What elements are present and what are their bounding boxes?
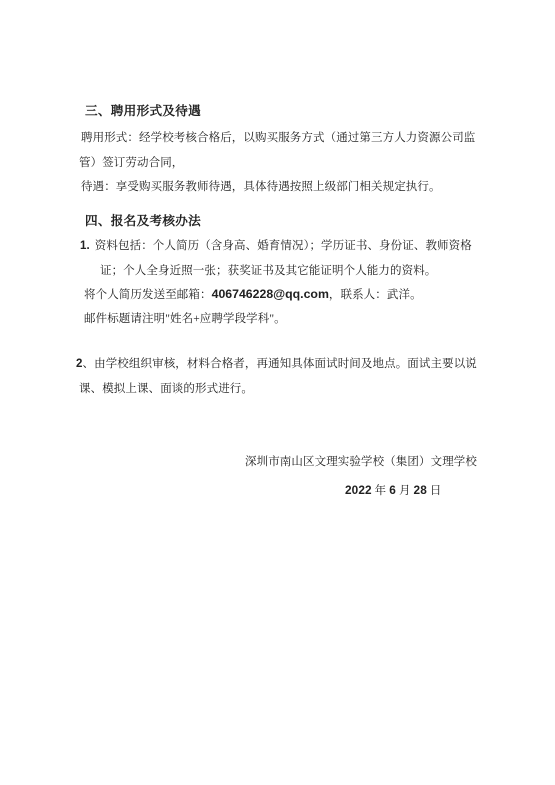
subject-line: 邮件标题请注明"姓名+应聘学段学科"。 <box>84 312 286 327</box>
email-line-prefix: 将个人简历发送至邮箱： <box>84 289 212 301</box>
date-month: 6 <box>389 483 396 497</box>
date-day: 28 <box>414 483 427 497</box>
date-year-label: 年 <box>375 485 387 497</box>
email-address: 406746228@qq.com <box>212 287 329 301</box>
date-day-label: 日 <box>430 485 442 497</box>
list-item-1-text: 资料包括：个人简历（含身高、婚育情况）；学历证书、身份证、教师资格 <box>95 240 472 252</box>
section3-heading: 三、聘用形式及待遇 <box>85 104 201 119</box>
employment-paragraph-line-1: 聘用形式：经学校考核合格后，以购买服务方式（通过第三方人力资源公司监 <box>81 131 475 146</box>
date-month-label: 月 <box>399 485 411 497</box>
list-item-2-text: 、由学校组织审核，材料合格者，再通知具体面试时间及地点。面试主要以说 <box>83 358 477 370</box>
list-item-2-line-2: 课、模拟上课、面谈的形式进行。 <box>79 382 253 397</box>
date-year: 2022 <box>345 483 372 497</box>
signature-school-name: 深圳市南山区文理实验学校（集团）文理学校 <box>245 455 477 470</box>
treatment-paragraph: 待遇：享受购买服务教师待遇，具体待遇按照上级部门相关规定执行。 <box>81 180 441 195</box>
list-item-2-line-1: 2、由学校组织审核，材料合格者，再通知具体面试时间及地点。面试主要以说 <box>76 357 477 372</box>
email-line: 将个人简历发送至邮箱：406746228@qq.com，联系人：武洋。 <box>84 287 422 303</box>
employment-paragraph-line-2: 管）签订劳动合同， <box>79 156 183 171</box>
list-item-1-line-2: 证；个人全身近照一张；获奖证书及其它能证明个人能力的资料。 <box>100 264 436 279</box>
list-item-1-number: 1. <box>80 240 90 252</box>
signature-date: 2022年6月28日 <box>345 483 442 499</box>
email-line-suffix: ，联系人：武洋。 <box>329 289 422 301</box>
list-item-1-line-1: 1.资料包括：个人简历（含身高、婚育情况）；学历证书、身份证、教师资格 <box>80 239 472 254</box>
document-page: 三、聘用形式及待遇 聘用形式：经学校考核合格后，以购买服务方式（通过第三方人力资… <box>0 0 555 785</box>
section4-heading: 四、报名及考核办法 <box>85 214 201 229</box>
